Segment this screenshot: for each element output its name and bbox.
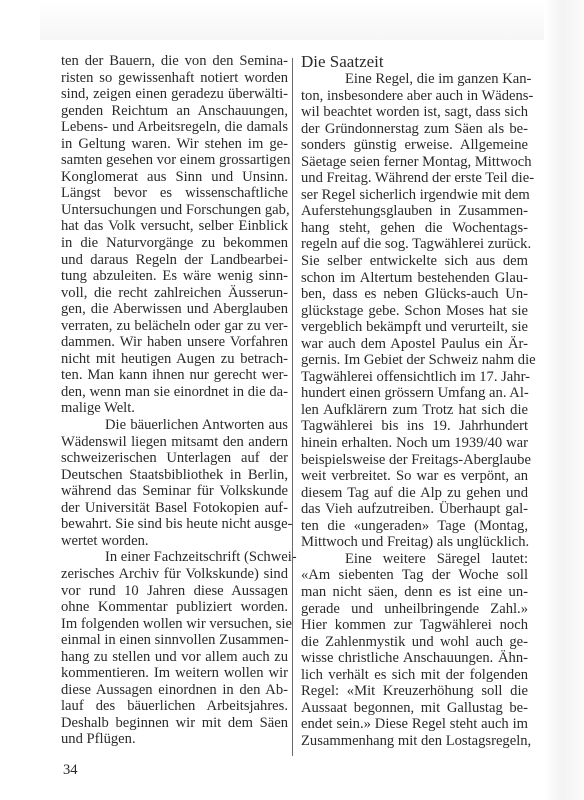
text-line: ten. Man kann ihnen nur gerecht wer- bbox=[61, 367, 288, 384]
text-line: gernis. Im Gebiet der Schweiz nahm die bbox=[301, 352, 528, 369]
text-line: Hier kommen zur Tagwählerei noch bbox=[301, 617, 528, 634]
text-line: wisse christliche Anschauungen. Ähn- bbox=[301, 650, 528, 667]
text-line: Aussaat begonnen, mit Gallustag be- bbox=[301, 700, 528, 717]
text-line: ser Regel sicherlich irgendwie mit dem bbox=[301, 187, 528, 204]
text-line: der Universität Basel Fotokopien auf- bbox=[61, 500, 288, 517]
text-line: kommentieren. Im weitern wollen wir bbox=[61, 665, 288, 682]
text-line: sonders günstig erweise. Allgemeine bbox=[301, 137, 528, 154]
text-line: Lebens- und Arbeitsregeln, die damals bbox=[61, 119, 288, 136]
text-line: Tagwählerei offensichtlich im 17. Jahr- bbox=[301, 369, 528, 386]
text-line: schweizerischen Unterlagen auf der bbox=[61, 450, 288, 467]
text-line: Die bäuerlichen Antworten aus bbox=[61, 417, 288, 434]
text-line: Auferstehungsglauben in Zusammen- bbox=[301, 203, 528, 220]
text-line: gen, die Aberwissen und Aberglauben bbox=[61, 301, 288, 318]
text-line: weit verbreitet. So war es verpönt, an bbox=[301, 468, 528, 485]
text-line: schon im Altertum bestehenden Glau- bbox=[301, 270, 528, 287]
text-line: malige Welt. bbox=[61, 400, 288, 417]
text-line: genden Reichtum an Anschauungen, bbox=[61, 103, 288, 120]
text-line: wertet worden. bbox=[61, 533, 288, 550]
text-line: nicht mit heutigen Augen zu betrach- bbox=[61, 351, 288, 368]
text-line: Längst bevor es wissenschaftliche bbox=[61, 185, 288, 202]
text-line: ben, dass es neben Glücks-auch Un- bbox=[301, 286, 528, 303]
text-line: die Zahlenmystik und wohl auch ge- bbox=[301, 634, 528, 651]
text-line: ton, insbesondere aber auch in Wädens- bbox=[301, 88, 528, 105]
text-line: ohne Kommentar publiziert worden. bbox=[61, 599, 288, 616]
text-line: tung abzuleiten. Es wäre wenig sinn- bbox=[61, 268, 288, 285]
text-line: Untersuchungen und Forschungen gab, bbox=[61, 202, 288, 219]
text-line: lauf des bäuerlichen Arbeitsjahres. bbox=[61, 698, 288, 715]
text-line: Wädenswil liegen mitsamt den andern bbox=[61, 434, 288, 451]
text-line: Eine weitere Säregel lautet: bbox=[301, 551, 528, 568]
text-line: len Aufklärern zum Trotz hat sich die bbox=[301, 402, 528, 419]
text-line: ten die «ungeraden» Tage (Montag, bbox=[301, 518, 528, 535]
text-line: lich verhält es sich mit der folgenden bbox=[301, 667, 528, 684]
text-line: hang zu stellen und vor allem auch zu bbox=[61, 649, 288, 666]
text-line: hinein erhalten. Noch um 1939/40 war bbox=[301, 435, 528, 452]
text-line: voll, die recht zahlreichen Äusserun- bbox=[61, 285, 288, 302]
text-line: diesem Tag auf die Alp zu gehen und bbox=[301, 485, 528, 502]
text-line: glückstage gebe. Schon Moses hat sie bbox=[301, 303, 528, 320]
right-column: Die Saatzeit Eine Regel, die im ganzen K… bbox=[301, 53, 528, 749]
text-line: wil beachtet worden ist, sagt, dass sich bbox=[301, 104, 528, 121]
text-line: man nicht säen, denn es ist eine un- bbox=[301, 584, 528, 601]
text-line: das Vieh aufzutreiben. Überhaupt gal- bbox=[301, 501, 528, 518]
text-line: «Am siebenten Tag der Woche soll bbox=[301, 567, 528, 584]
text-line: hundert einen grössern Umfang an. Al- bbox=[301, 385, 528, 402]
text-line: verraten, zu belächeln oder gar zu ver- bbox=[61, 318, 288, 335]
section-heading: Die Saatzeit bbox=[301, 53, 528, 71]
text-line: in die Naturvorgänge zu bekommen bbox=[61, 235, 288, 252]
text-line: war auch dem Apostel Paulus ein Är- bbox=[301, 336, 528, 353]
left-column: ten der Bauern, die von den Semina-riste… bbox=[61, 53, 288, 748]
right-column-body: Eine Regel, die im ganzen Kan-ton, insbe… bbox=[301, 71, 528, 749]
text-line: Im folgenden wollen wir versuchen, sie bbox=[61, 616, 288, 633]
text-line: Zusammenhang mit den Lostagsregeln, bbox=[301, 733, 528, 750]
text-line: vor rund 10 Jahren diese Aussagen bbox=[61, 583, 288, 600]
text-line: und daraus Regeln der Landbearbei- bbox=[61, 252, 288, 269]
text-line: Tagwählerei bis ins 19. Jahrhundert bbox=[301, 418, 528, 435]
text-line: endet sein.» Diese Regel steht auch im bbox=[301, 716, 528, 733]
text-line: Deshalb beginnen wir mit dem Säen bbox=[61, 715, 288, 732]
page-number: 34 bbox=[63, 762, 78, 779]
text-line: bewahrt. Sie sind bis heute nicht ausge- bbox=[61, 516, 288, 533]
text-line: gerade und unheilbringende Zahl.» bbox=[301, 601, 528, 618]
text-line: Sie selber entwickelte sich aus dem bbox=[301, 253, 528, 270]
text-line: ten der Bauern, die von den Semina- bbox=[61, 53, 288, 70]
text-line: regeln auf die sog. Tagwählerei zurück. bbox=[301, 236, 528, 253]
text-line: vergeblich bekämpft und verurteilt, sie bbox=[301, 319, 528, 336]
text-line: während das Seminar für Volkskunde bbox=[61, 483, 288, 500]
text-line: Mittwoch und Freitag) als unglücklich. bbox=[301, 534, 528, 551]
text-line: risten so gewissenhaft notiert worden bbox=[61, 70, 288, 87]
text-line: Regel: «Mit Kreuzerhöhung soll die bbox=[301, 683, 528, 700]
text-line: und Freitag. Während der erste Teil die- bbox=[301, 170, 528, 187]
text-line: diese Aussagen einordnen in den Ab- bbox=[61, 682, 288, 699]
text-line: den, wenn man sie einordnet in die da- bbox=[61, 384, 288, 401]
text-line: Konglomerat aus Sinn und Unsinn. bbox=[61, 169, 288, 186]
text-line: zerisches Archiv für Volkskunde) sind bbox=[61, 566, 288, 583]
column-divider bbox=[292, 58, 293, 756]
text-line: in Geltung waren. Wir stehen im ge- bbox=[61, 136, 288, 153]
text-line: dammen. Wir haben unsere Vorfahren bbox=[61, 334, 288, 351]
text-line: Säetage seien ferner Montag, Mittwoch bbox=[301, 154, 528, 171]
text-line: und Pflügen. bbox=[61, 731, 288, 748]
text-line: der Gründonnerstag zum Säen als be- bbox=[301, 121, 528, 138]
text-line: Eine Regel, die im ganzen Kan- bbox=[301, 71, 528, 88]
text-line: hat das Volk versucht, selber Einblick bbox=[61, 218, 288, 235]
text-line: Deutschen Staatsbibliothek in Berlin, bbox=[61, 467, 288, 484]
text-line: hang steht, gehen die Wochentags- bbox=[301, 220, 528, 237]
text-line: In einer Fachzeitschrift (Schwei- bbox=[61, 549, 288, 566]
text-line: beispielsweise der Freitags-Aberglaube bbox=[301, 452, 528, 469]
text-line: einmal in einen sinnvollen Zusammen- bbox=[61, 632, 288, 649]
text-line: sind, zeigen einen geradezu überwälti- bbox=[61, 86, 288, 103]
text-line: samten gesehen vor einem grossartigen bbox=[61, 152, 288, 169]
book-page: ten der Bauern, die von den Semina-riste… bbox=[0, 0, 584, 800]
